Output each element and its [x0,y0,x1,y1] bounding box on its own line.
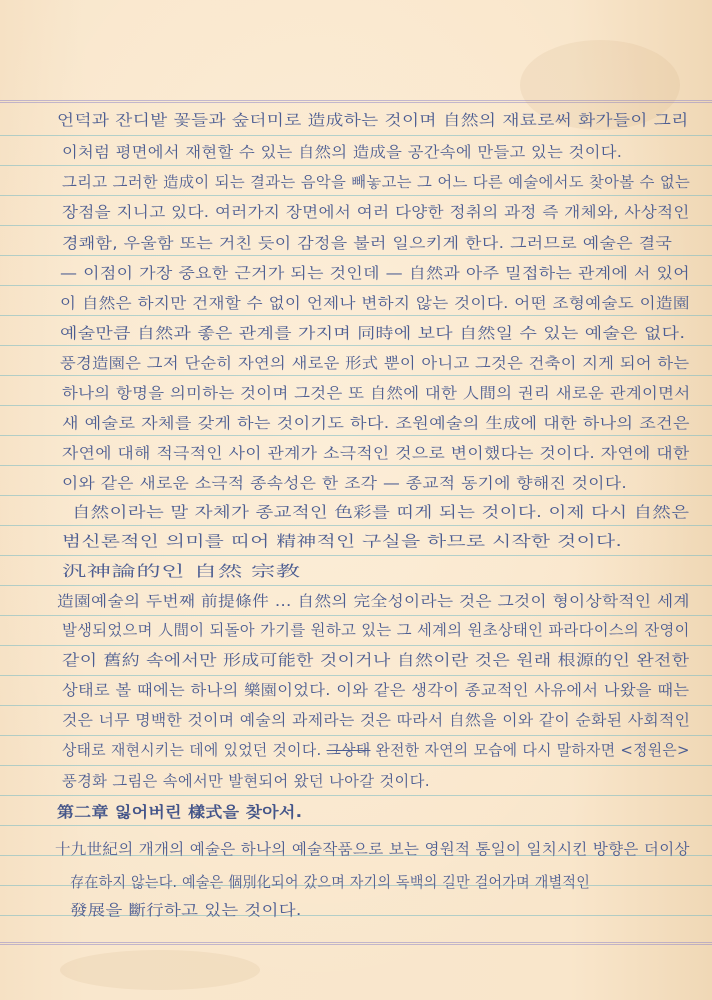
line-text: 상태로 재현시키는 데에 있었던 것이다. [62,741,327,759]
manuscript-line: 상태로 재현시키는 데에 있었던 것이다. 그상태 완전한 자연의 모습에 다시… [62,740,690,760]
ruled-line [0,525,712,526]
manuscript-line: 自然이라는 말 자체가 종교적인 色彩를 띠게 되는 것이다. 이제 다시 自然… [72,502,689,522]
ruled-line [0,495,712,496]
manuscript-line: 발생되었으며 人間이 되돌아 가기를 원하고 있는 그 세계의 원초상태인 파라… [62,620,690,640]
ruled-line [0,942,712,943]
notebook-page: 언덕과 잔디밭 꽃들과 숲더미로 造成하는 것이며 自然의 재료로써 화가들이 … [0,0,712,1000]
ruled-line [0,465,712,466]
ruled-line [0,405,712,406]
manuscript-line: 造園예술의 두번째 前提條件 … 自然의 完全성이라는 것은 그것이 형이상학적… [57,591,690,611]
ruled-line [0,225,712,226]
manuscript-line: 경쾌함, 우울함 또는 거친 듯이 감정을 불러 일으키게 한다. 그러므로 예… [62,233,672,253]
ruled-line [0,285,712,286]
manuscript-line: 같이 舊約 속에서만 形成可能한 것이거나 自然이란 것은 원래 根源的인 완전… [62,650,689,670]
manuscript-line: 이와 같은 새로운 소극적 종속성은 한 조각 — 종교적 동기에 향해진 것이… [62,473,627,493]
ruled-line [0,255,712,256]
ruled-line [0,555,712,556]
manuscript-line: 十九世紀의 개개의 예술은 하나의 예술작품으로 보는 영원적 통일이 일치시킨… [55,839,690,859]
ruled-line [0,825,712,826]
ruled-line [0,765,712,766]
manuscript-line: 것은 너무 명백한 것이며 예술의 과제라는 것은 따라서 自然을 이와 같이 … [62,710,690,730]
ruled-line [0,645,712,646]
ruled-line [0,705,712,706]
manuscript-line: 예술만큼 自然과 좋은 관계를 가지며 同時에 보다 自然일 수 있는 예술은 … [60,323,685,343]
ruled-line [0,675,712,676]
manuscript-line: 하나의 항명을 의미하는 것이며 그것은 또 自然에 대한 人間의 권리 새로운… [62,383,690,403]
ruled-line [0,375,712,376]
ruled-line [0,615,712,616]
manuscript-line: 언덕과 잔디밭 꽃들과 숲더미로 造成하는 것이며 自然의 재료로써 화가들이 … [57,110,689,130]
manuscript-line: 發展을 斷行하고 있는 것이다. [70,900,302,920]
paper-stain [60,950,260,990]
ruled-line [0,315,712,316]
manuscript-line: 상태로 볼 때에는 하나의 樂園이었다. 이와 같은 생각이 종교적인 사유에서… [62,680,689,700]
ruled-line [0,795,712,796]
ruled-line [0,195,712,196]
ruled-line [0,944,712,945]
manuscript-subheading: 汎神論的인 自然 宗教 [62,561,301,581]
manuscript-line: 장점을 지니고 있다. 여러가지 장면에서 여러 다양한 정취의 과정 즉 개체… [62,202,690,222]
line-text: 완전한 자연의 모습에 다시 말하자면 <정원은> [370,741,689,759]
ruled-line [0,735,712,736]
manuscript-line: 풍경화 그림은 속에서만 발현되어 왔던 나아갈 것이다. [62,771,430,791]
manuscript-line: 자연에 대해 적극적인 사이 관계가 소극적인 것으로 변이했다는 것이다. 자… [62,443,690,463]
ruled-line [0,435,712,436]
ruled-line [0,135,712,136]
ruled-line [0,585,712,586]
ruled-line [0,345,712,346]
struck-out-text: 그상태 [327,741,371,759]
manuscript-line: 이처럼 평면에서 재현할 수 있는 自然의 造成을 공간속에 만들고 있는 것이… [62,142,622,162]
manuscript-line: 범신론적인 의미를 띠어 精神적인 구실을 하므로 시작한 것이다. [62,531,622,551]
manuscript-line: 새 예술로 자체를 갖게 하는 것이기도 하다. 조원예술의 生成에 대한 하나… [62,413,690,433]
manuscript-line: 存在하지 않는다. 예술은 個別化되어 갔으며 자기의 독백의 길만 걸어가며 … [70,872,590,892]
manuscript-line: 풍경造園은 그저 단순히 자연의 새로운 形式 뿐이 아니고 그것은 건축이 지… [60,353,689,373]
manuscript-line: — 이점이 가장 중요한 근거가 되는 것인데 — 自然과 아주 밀접하는 관계… [60,263,690,283]
manuscript-line: 그리고 그러한 造成이 되는 결과는 음악을 빼놓고는 그 어느 다른 예술에서… [62,172,690,192]
ruled-line [0,165,712,166]
manuscript-line: 이 自然은 하지만 건재할 수 없이 언제나 변하지 않는 것이다. 어떤 조형… [60,293,690,313]
chapter-heading: 第二章 잃어버린 樣式을 찾아서. [57,802,302,822]
